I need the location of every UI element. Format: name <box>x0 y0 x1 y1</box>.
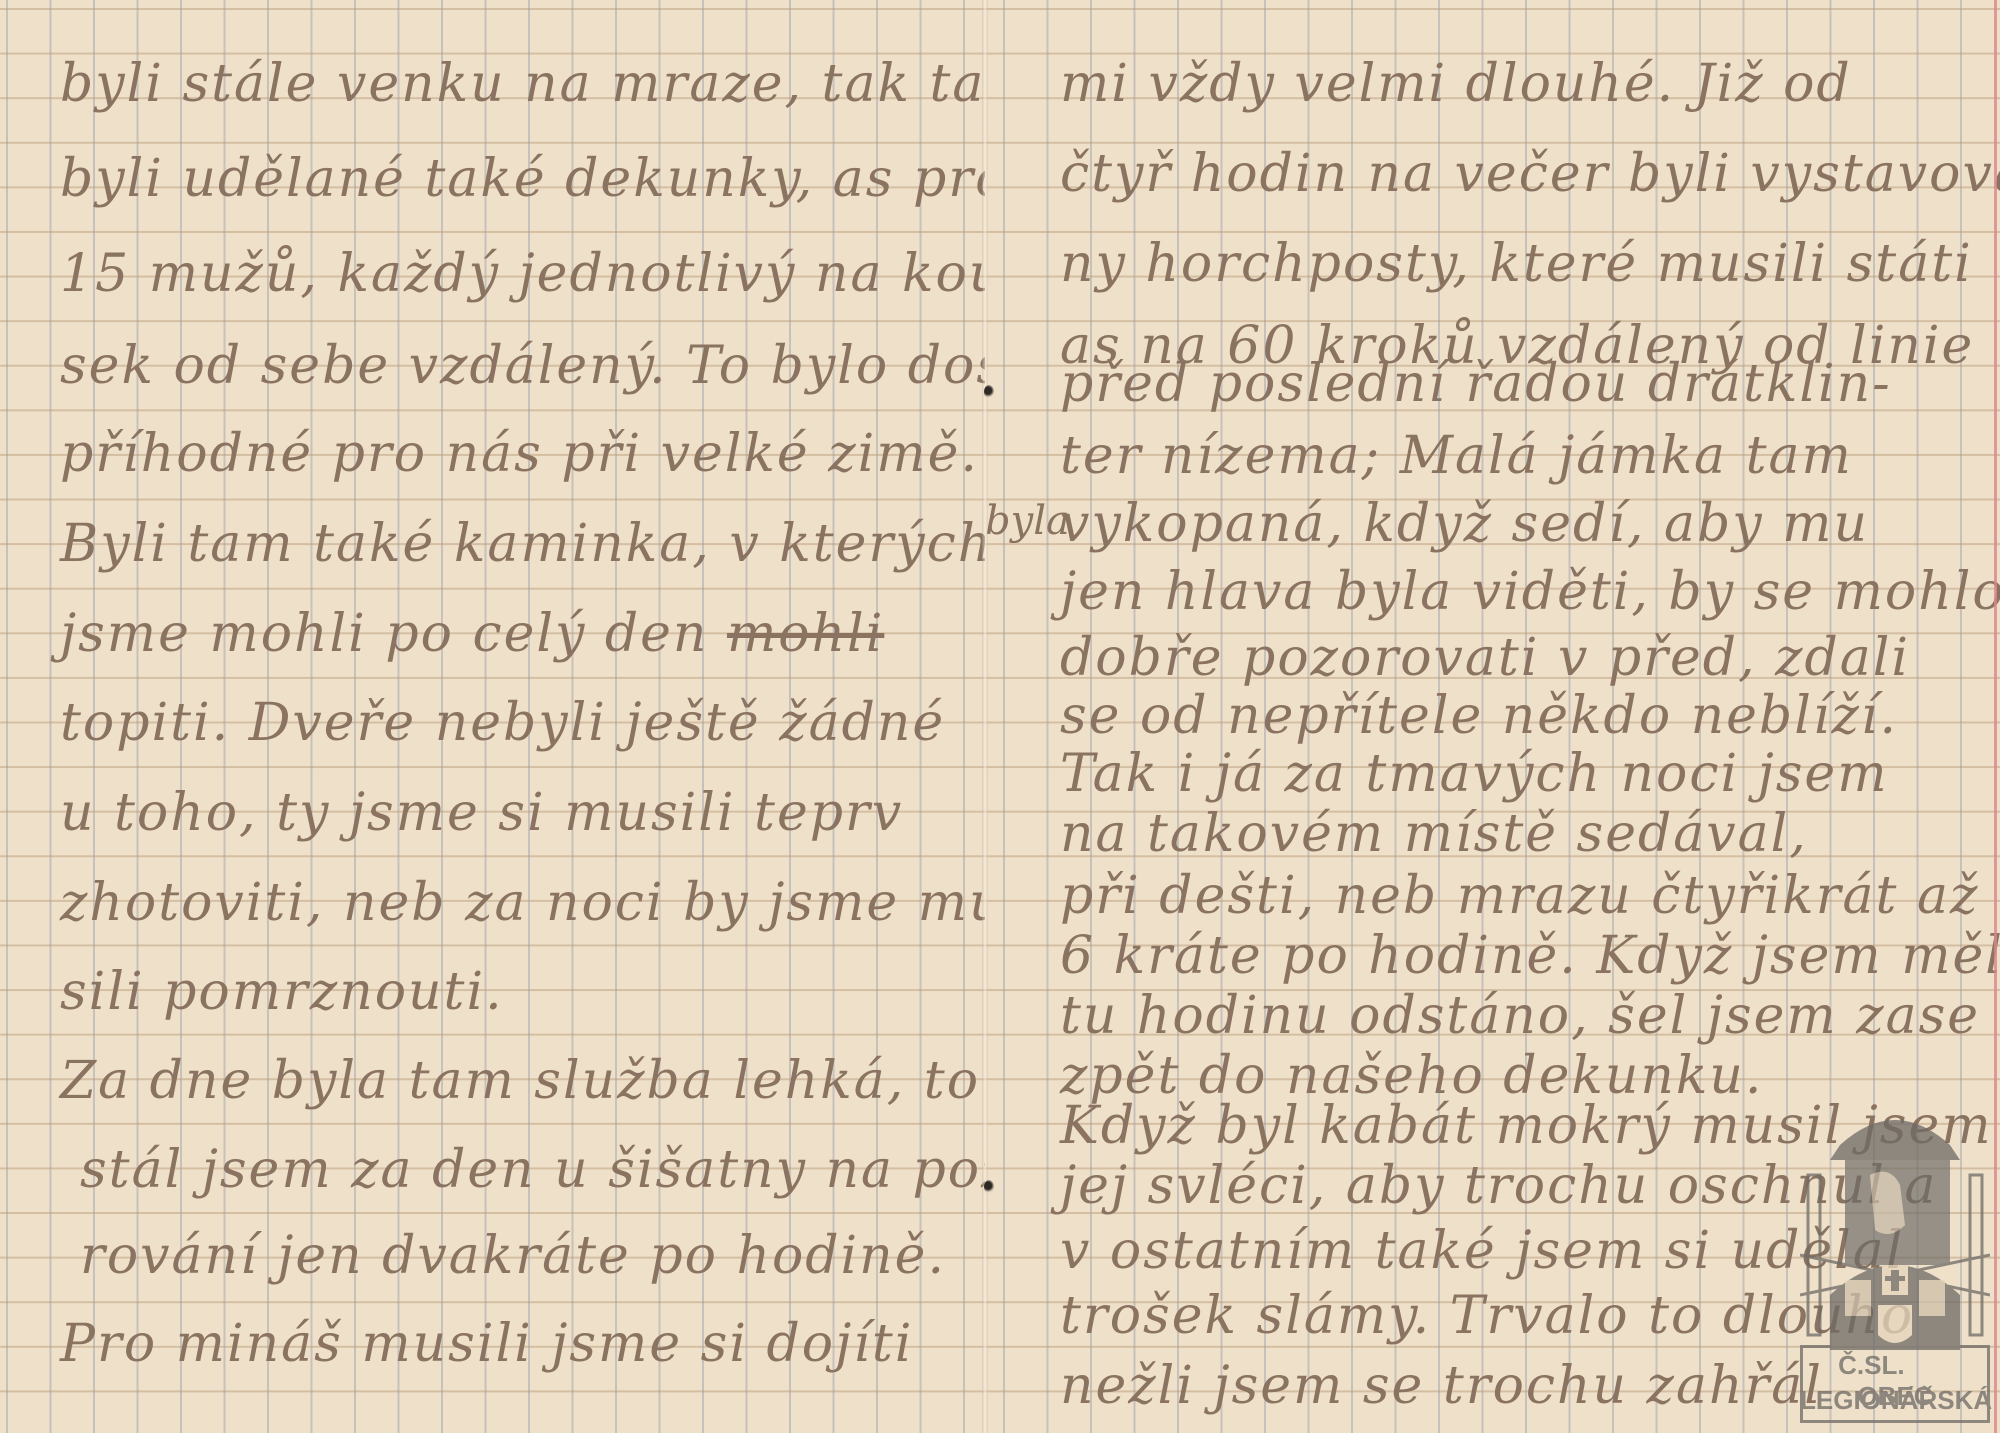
text-line: sili pomrznouti. <box>60 966 504 1018</box>
text-line: u toho, ty jsme si musili teprv <box>60 787 903 839</box>
text-line: dobře pozorovati v před, zdali <box>1060 632 1910 684</box>
text-line: stál jsem za den u šišatny na pozo- <box>80 1144 1063 1196</box>
text-line: ter nízema; Malá jámka tam <box>1060 430 1853 482</box>
logo-line-2: LEGIONÁŘSKÁ <box>1800 1385 1990 1416</box>
text-line: při dešti, neb mrazu čtyřikrát až <box>1060 870 1979 922</box>
page-edge <box>1994 0 1997 1433</box>
struck-word: mohli <box>727 604 884 664</box>
text-line: byli stále venku na mraze, tak tam <box>60 58 1037 110</box>
legion-watermark-logo: Č.SL. OBEC LEGIONÁŘSKÁ <box>1800 1105 1990 1425</box>
soldier-emblem-icon <box>1800 1105 1990 1350</box>
text-line: v ostatním také jsem si udělal <box>1060 1225 1904 1277</box>
text-line: topiti. Dveře nebyli ještě žádné <box>60 697 945 749</box>
text-line: Tak i já za tmavých noci jsem <box>1060 748 1889 800</box>
text-line: byli udělané také dekunky, as pro <box>60 153 1008 205</box>
margin-note: byla <box>985 498 1070 544</box>
text-line: 6 kráte po hodině. Když jsem měl <box>1060 930 2000 982</box>
staple-hole <box>984 385 994 399</box>
text-line: tu hodinu odstáno, šel jsem zase <box>1060 990 1980 1042</box>
text-line: jen hlava byla viděti, by se mohlo <box>1060 566 2000 618</box>
text-line: zpět do našeho dekunku. <box>1060 1050 1763 1102</box>
text-line: rování jen dvakráte po hodině. <box>80 1230 946 1282</box>
text-line: Za dne byla tam služba lehká, to <box>60 1055 980 1107</box>
text-line: se od nepřítele někdo neblíží. <box>1060 690 1898 742</box>
text-line: trošek slámy. Trvalo to dlouho <box>1060 1290 1914 1342</box>
logo-text-csl: Č.SL. <box>1838 1350 1904 1380</box>
text-segment: jsme mohli po celý den <box>60 604 727 664</box>
text-line: jsme mohli po celý den mohli <box>60 608 884 660</box>
text-line: vykopaná, když sedí, aby mu <box>1060 498 1869 550</box>
text-line: 15 mužů, každý jednotlivý na kou- <box>60 248 1024 300</box>
text-line: Byli tam také kaminka, v kterých <box>60 518 993 570</box>
text-line: před poslední řadou drátklin- <box>1060 358 1892 410</box>
text-line: zhotoviti, neb za noci by jsme mu- <box>60 877 1024 929</box>
text-line: mi vždy velmi dlouhé. Již od <box>1060 58 1852 110</box>
left-page: byli stále venku na mraze, tak tam byli … <box>0 0 985 1433</box>
staple-hole <box>984 1180 994 1194</box>
text-line: čtyř hodin na večer byli vystavova- <box>1060 148 2000 200</box>
text-line: příhodné pro nás při velké zimě. <box>60 428 979 480</box>
text-line: sek od sebe vzdálený. To bylo dosti <box>60 340 1047 392</box>
text-line: na takovém místě sedával, <box>1060 808 1808 860</box>
text-line: ny horchposty, které musili státi <box>1060 238 1973 290</box>
text-line: nežli jsem se trochu zahřál <box>1060 1360 1823 1412</box>
text-line: Pro mináš musili jsme si dojíti <box>60 1318 913 1370</box>
page-fold <box>982 0 988 1433</box>
